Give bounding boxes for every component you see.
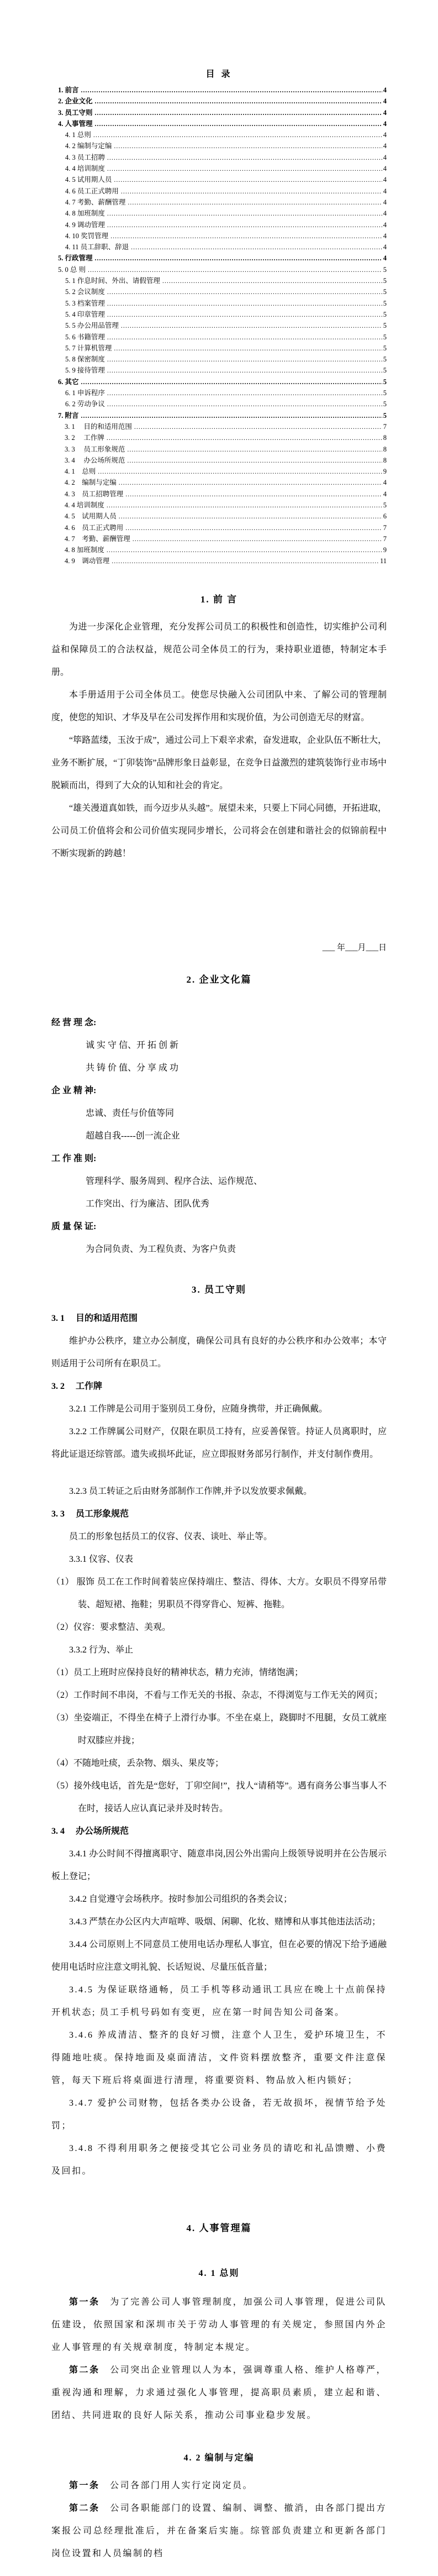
toc-entry-label: 5. 9 接待管理 bbox=[65, 365, 105, 376]
toc-entry-label: 6. 其它 bbox=[58, 376, 79, 387]
toc-dot-leader: ........................................… bbox=[110, 230, 382, 242]
toc-dot-leader: ........................................… bbox=[107, 544, 382, 555]
toc-entry-label: 3. 4 办公场所规范 bbox=[65, 455, 125, 466]
toc-entry-label: 5. 4 印章管理 bbox=[65, 309, 105, 320]
toc-entry-label: 6. 1 申诉程序 bbox=[65, 387, 105, 398]
toc-entry-label: 4. 5 试用期人员 bbox=[65, 511, 117, 522]
toc-list: 1. 前言...................................… bbox=[51, 85, 387, 567]
toc-dot-leader: ........................................… bbox=[95, 107, 382, 118]
toc-entry: 5. 行政管理.................................… bbox=[51, 253, 387, 264]
code-list-item: （5）接外线电话，首先是“您好，丁卯空间!”，找人“请稍等”。遇有商务公事当事人… bbox=[51, 1775, 387, 1820]
toc-entry: 5. 3 档案管理...............................… bbox=[51, 298, 387, 309]
toc-page-number: 5 bbox=[383, 376, 387, 387]
hr-article: 第一条 公司各部门用人实行定岗定员。 bbox=[51, 2474, 387, 2497]
toc-dot-leader: ........................................… bbox=[81, 376, 382, 387]
toc-entry-label: 5. 3 档案管理 bbox=[65, 298, 105, 309]
toc-entry-label: 5. 1 作息时间、外出、请假管理 bbox=[65, 275, 160, 286]
toc-entry-label: 4. 9 调动管理 bbox=[65, 219, 105, 230]
hr-subsections: 4. 1 总则第一条 为了完善公司人事管理制度，加强公司人事管理，促进公司队伍建… bbox=[51, 2268, 387, 2565]
culture-label: 企 业 精 神: bbox=[51, 1079, 387, 1102]
code-list-item: （2）仪容：要求整洁、美观。 bbox=[51, 1616, 387, 1639]
toc-page-number: 5 bbox=[383, 387, 387, 398]
hr-article-label: 第一条 bbox=[69, 2297, 100, 2307]
culture-label: 经 营 理 念: bbox=[51, 1011, 387, 1034]
preface-heading: 1. 前 言 bbox=[51, 594, 387, 606]
culture-line: 共 铸 价 值、分 享 成 功 bbox=[51, 1057, 387, 1079]
toc-dot-leader: ........................................… bbox=[95, 96, 382, 107]
toc-page-number: 4 bbox=[383, 230, 387, 242]
code-paragraph: 3.4.8 不得利用职务之便接受其它公司业务员的请吃和礼品馈赠、小费及回扣。 bbox=[51, 2137, 387, 2182]
toc-entry-label: 5. 5 办公用品管理 bbox=[65, 320, 119, 331]
toc-entry-label: 3. 3 员工形象规范 bbox=[65, 444, 125, 455]
toc-entry: 4. 4 培训制度...............................… bbox=[51, 500, 387, 511]
employee-code-heading: 3. 员工守则 bbox=[51, 1284, 387, 1296]
toc-entry: 5. 5 办公用品管理.............................… bbox=[51, 320, 387, 331]
toc-entry: 6. 1 申诉程序...............................… bbox=[51, 387, 387, 398]
toc-entry-label: 4. 2 编制与定编 bbox=[65, 477, 117, 488]
toc-dot-leader: ........................................… bbox=[107, 208, 382, 219]
code-list-item: （2）工作时间不串岗，不看与工作无关的书报、杂志，不得浏览与工作无关的网页； bbox=[51, 1684, 387, 1707]
toc-dot-leader: ........................................… bbox=[107, 332, 382, 343]
toc-entry-label: 2. 企业文化 bbox=[58, 96, 93, 107]
toc-page-number: 5 bbox=[383, 410, 387, 421]
toc-entry-label: 4. 5 试用期人员 bbox=[65, 174, 112, 185]
code-subheading: 3. 1 目的和适用范围 bbox=[51, 1307, 387, 1330]
toc-entry-label: 4. 人事管理 bbox=[58, 118, 93, 129]
toc-dot-leader: ........................................… bbox=[131, 242, 382, 253]
preface-section: 1. 前 言 为进一步深化企业管理，充分发挥公司员工的积极性和创造性，切实维护公… bbox=[51, 594, 387, 959]
toc-entry: 4. 1 总则.................................… bbox=[51, 466, 387, 477]
toc-page-number: 4 bbox=[383, 140, 387, 151]
culture-line: 为合同负责、为工程负责、为客户负责 bbox=[51, 1238, 387, 1261]
toc-entry-label: 4. 3 员工招聘 bbox=[65, 152, 105, 163]
code-paragraph: 3.2.3 员工转证之后由财务部制作工作牌,并予以发放要求佩戴。 bbox=[51, 1480, 387, 1503]
hr-article-label: 第一条 bbox=[69, 2481, 100, 2490]
toc-entry: 4. 3 员工招聘管理.............................… bbox=[51, 489, 387, 500]
code-paragraph: 3.4.4 公司原则上不同意员工使用电话办理私人事宜，但在必要的情况下给予通融使… bbox=[51, 1933, 387, 1979]
toc-dot-leader: ........................................… bbox=[107, 354, 382, 365]
toc-entry: 4. 9 调动管理...............................… bbox=[51, 555, 387, 566]
toc-page-number: 5 bbox=[383, 500, 387, 511]
toc-page-number: 9 bbox=[383, 466, 387, 477]
toc-page-number: 8 bbox=[383, 455, 387, 466]
toc-page-number: 4 bbox=[383, 152, 387, 163]
toc-dot-leader: ........................................… bbox=[114, 174, 382, 185]
hr-article-label: 第二条 bbox=[69, 2365, 100, 2375]
toc-entry: 5. 2 会议制度...............................… bbox=[51, 286, 387, 297]
toc-dot-leader: ........................................… bbox=[107, 432, 382, 443]
employee-code-items: 3. 1 目的和适用范围维护办公秩序，建立办公制度，确保公司具有良好的办公秩序和… bbox=[51, 1307, 387, 2182]
toc-entry-label: 4. 4 培训制度 bbox=[65, 163, 105, 174]
toc-dot-leader: ........................................… bbox=[127, 455, 382, 466]
toc-entry-label: 4. 7 考勤、薪酬管理 bbox=[65, 533, 130, 544]
toc-entry: 6. 其它...................................… bbox=[51, 376, 387, 387]
code-paragraph: 3.3.2 行为、举止 bbox=[51, 1639, 387, 1661]
document-page: 目 录 1. 前言...............................… bbox=[0, 0, 438, 2576]
toc-page-number: 5 bbox=[383, 286, 387, 297]
toc-dot-leader: ........................................… bbox=[114, 140, 382, 151]
toc-entry: 3. 4 办公场所规范.............................… bbox=[51, 455, 387, 466]
toc-title: 目 录 bbox=[51, 69, 387, 80]
toc-page-number: 5 bbox=[383, 398, 387, 410]
toc-dot-leader: ........................................… bbox=[121, 186, 382, 197]
toc-page-number: 4 bbox=[383, 477, 387, 488]
code-paragraph: 3.4.1 办公时间不得擅离职守、随意串岗,因公外出需向上级领导说明并在公告展示… bbox=[51, 1843, 387, 1888]
hr-article-label: 第二条 bbox=[69, 2504, 100, 2513]
toc-entry: 3. 员工守则.................................… bbox=[51, 107, 387, 118]
code-subheading: 3. 4 办公场所规范 bbox=[51, 1820, 387, 1843]
toc-entry-label: 4. 9 调动管理 bbox=[65, 555, 109, 566]
toc-page-number: 4 bbox=[383, 197, 387, 208]
code-list-item: （4）不随地吐痰，丢杂物、烟头、果皮等； bbox=[51, 1752, 387, 1775]
toc-entry-label: 5. 8 保密制度 bbox=[65, 354, 105, 365]
code-list-item: （1）员工上班时应保持良好的精神状态，精力充沛，情绪饱满； bbox=[51, 1661, 387, 1684]
toc-entry-label: 5. 0 总 则 bbox=[58, 264, 86, 275]
toc-entry-label: 4. 6 员工正式聘用 bbox=[65, 522, 123, 533]
code-subheading: 3. 2 工作牌 bbox=[51, 1375, 387, 1398]
culture-blocks: 经 营 理 念:诚 实 守 信、开 拓 创 新共 铸 价 值、分 享 成 功企 … bbox=[51, 1011, 387, 1261]
toc-page-number: 5 bbox=[383, 320, 387, 331]
preface-paragraphs: 为进一步深化企业管理，充分发挥公司员工的积极性和创造性，切实维护公司利益和保障员… bbox=[51, 616, 387, 865]
toc-page-number: 4 bbox=[383, 253, 387, 264]
toc-entry: 3. 2 工作牌................................… bbox=[51, 432, 387, 443]
toc-page-number: 5 bbox=[383, 298, 387, 309]
toc-entry: 4. 2 编制与定编..............................… bbox=[51, 140, 387, 151]
culture-label: 质 量 保 证: bbox=[51, 1215, 387, 1238]
toc-page-number: 4 bbox=[383, 208, 387, 219]
toc-page-number: 4 bbox=[383, 489, 387, 500]
toc-entry: 4. 9 调动管理...............................… bbox=[51, 219, 387, 230]
toc-dot-leader: ........................................… bbox=[107, 286, 382, 297]
toc-dot-leader: ........................................… bbox=[107, 152, 382, 163]
toc-entry: 4. 7 考勤、薪酬管理............................… bbox=[51, 533, 387, 544]
toc-entry: 5. 4 印章管理...............................… bbox=[51, 309, 387, 320]
toc-page-number: 5 bbox=[383, 343, 387, 354]
toc-entry-label: 1. 前言 bbox=[58, 85, 79, 96]
toc-page-number: 4 bbox=[383, 107, 387, 118]
toc-page-number: 5 bbox=[383, 354, 387, 365]
toc-entry: 4. 7 考勤、薪酬管理............................… bbox=[51, 197, 387, 208]
toc-dot-leader: ........................................… bbox=[98, 466, 382, 477]
culture-section: 2. 企业文化篇 经 营 理 念:诚 实 守 信、开 拓 创 新共 铸 价 值、… bbox=[51, 974, 387, 1261]
code-subheading: 3. 3 员工形象规范 bbox=[51, 1503, 387, 1525]
toc-entry-label: 5. 行政管理 bbox=[58, 253, 93, 264]
toc-dot-leader: ........................................… bbox=[88, 264, 382, 275]
toc-page-number: 5 bbox=[383, 309, 387, 320]
toc-entry: 5. 0 总 则................................… bbox=[51, 264, 387, 275]
toc-entry: 5. 7 计算机管理..............................… bbox=[51, 343, 387, 354]
toc-entry: 4. 人事管理.................................… bbox=[51, 118, 387, 129]
culture-label: 工 作 准 则: bbox=[51, 1147, 387, 1170]
toc-dot-leader: ........................................… bbox=[112, 555, 379, 566]
toc-dot-leader: ........................................… bbox=[107, 365, 382, 376]
toc-entry: 2. 企业文化.................................… bbox=[51, 96, 387, 107]
toc-entry-label: 6. 2 劳动争议 bbox=[65, 398, 105, 410]
culture-line: 忠诚、责任与价值等同 bbox=[51, 1102, 387, 1125]
toc-entry-label: 5. 6 书籍管理 bbox=[65, 332, 105, 343]
toc-dot-leader: ........................................… bbox=[125, 522, 382, 533]
toc-entry: 5. 6 书籍管理...............................… bbox=[51, 332, 387, 343]
preface-paragraph: 本手册适用于公司全体员工。使您尽快融入公司团队中来、了解公司的管理制度，使您的知… bbox=[51, 684, 387, 729]
employee-code-section: 3. 员工守则 3. 1 目的和适用范围维护办公秩序，建立办公制度，确保公司具有… bbox=[51, 1284, 387, 2182]
toc-page-number: 4 bbox=[383, 174, 387, 185]
date-line: ___ 年___月___日 bbox=[51, 937, 387, 959]
toc-page-number: 8 bbox=[383, 444, 387, 455]
toc-section: 目 录 1. 前言...............................… bbox=[51, 69, 387, 567]
toc-page-number: 4 bbox=[383, 219, 387, 230]
toc-entry-label: 4. 8 加班制度 bbox=[65, 208, 105, 219]
toc-entry: 4. 8 加班制度...............................… bbox=[51, 544, 387, 555]
toc-dot-leader: ........................................… bbox=[93, 129, 382, 140]
code-paragraph: 3.4.6 养成清洁、整齐的良好习惯，注意个人卫生，爱护环境卫生，不得随地吐痰。… bbox=[51, 2024, 387, 2092]
toc-dot-leader: ........................................… bbox=[107, 163, 382, 174]
toc-page-number: 7 bbox=[383, 421, 387, 432]
toc-entry-label: 4. 3 员工招聘管理 bbox=[65, 489, 123, 500]
hr-subheading: 4. 1 总则 bbox=[51, 2268, 387, 2280]
toc-dot-leader: ........................................… bbox=[128, 197, 382, 208]
toc-page-number: 8 bbox=[383, 432, 387, 443]
toc-entry: 4. 4 培训制度...............................… bbox=[51, 163, 387, 174]
toc-entry-label: 5. 7 计算机管理 bbox=[65, 343, 112, 354]
preface-paragraph: “雄关漫道真如铁，而今迈步从头越”。展望未来，只要上下同心同德，开拓进取，公司员… bbox=[51, 797, 387, 865]
toc-entry: 1. 前言...................................… bbox=[51, 85, 387, 96]
toc-dot-leader: ........................................… bbox=[107, 309, 382, 320]
toc-entry: 3. 3 员工形象规范.............................… bbox=[51, 444, 387, 455]
code-paragraph: 员工的形象包括员工的仪容、仪表、谈吐、举止等。 bbox=[51, 1525, 387, 1548]
toc-dot-leader: ........................................… bbox=[162, 275, 382, 286]
toc-page-number: 7 bbox=[383, 533, 387, 544]
culture-heading: 2. 企业文化篇 bbox=[51, 974, 387, 986]
toc-entry: 4. 2 编制与定编..............................… bbox=[51, 477, 387, 488]
toc-dot-leader: ........................................… bbox=[119, 477, 382, 488]
toc-entry-label: 4. 4 培训制度 bbox=[65, 500, 104, 511]
toc-dot-leader: ........................................… bbox=[107, 298, 382, 309]
toc-entry-label: 4. 7 考勤、薪酬管理 bbox=[65, 197, 125, 208]
culture-line: 工作突出、行为廉洁、团队优秀 bbox=[51, 1193, 387, 1215]
toc-page-number: 5 bbox=[383, 332, 387, 343]
toc-dot-leader: ........................................… bbox=[81, 410, 382, 421]
code-paragraph: 3.3.1 仪容、仪表 bbox=[51, 1548, 387, 1571]
toc-entry: 5. 9 接待管理...............................… bbox=[51, 365, 387, 376]
toc-entry: 4. 3 员工招聘...............................… bbox=[51, 152, 387, 163]
code-paragraph: 3.2.2 工作牌属公司财产，仅限在职员工持有，应妥善保管。持证人员离职时，应将… bbox=[51, 1420, 387, 1466]
toc-entry-label: 4. 2 编制与定编 bbox=[65, 140, 112, 151]
toc-entry: 4. 1 总则.................................… bbox=[51, 129, 387, 140]
hr-section: 4. 人事管理篇 4. 1 总则第一条 为了完善公司人事管理制度，加强公司人事管… bbox=[51, 2222, 387, 2565]
toc-dot-leader: ........................................… bbox=[95, 253, 382, 264]
toc-entry-label: 4. 11 员工辞职、辞退 bbox=[65, 242, 129, 253]
toc-entry-label: 7. 附言 bbox=[58, 410, 79, 421]
code-list-item: （1） 服饰 员工在工作时间着装应保持端庄、整洁、得体、大方。女职员不得穿吊带装… bbox=[51, 1571, 387, 1616]
toc-page-number: 11 bbox=[380, 555, 387, 566]
toc-entry-label: 4. 6 员工正式聘用 bbox=[65, 186, 119, 197]
toc-entry: 4. 5 试用期人员..............................… bbox=[51, 174, 387, 185]
toc-dot-leader: ........................................… bbox=[119, 511, 382, 522]
toc-entry: 5. 1 作息时间、外出、请假管理.......................… bbox=[51, 275, 387, 286]
toc-entry-label: 4. 1 总则 bbox=[65, 129, 91, 140]
preface-paragraph: 为进一步深化企业管理，充分发挥公司员工的积极性和创造性，切实维护公司利益和保障员… bbox=[51, 616, 387, 684]
code-paragraph: 3.4.3 严禁在办公区内大声喧哗、吸烟、闲聊、化妆、赌博和从事其他违法活动； bbox=[51, 1911, 387, 1933]
hr-article: 第一条 为了完善公司人事管理制度，加强公司人事管理，促进公司队伍建设，依照国家和… bbox=[51, 2291, 387, 2359]
toc-dot-leader: ........................................… bbox=[125, 489, 382, 500]
code-list-item: （3）坐姿端正，不得坐在椅子上滑行办事。不坐在桌上，跷脚时不甩腿，女员工就座时双… bbox=[51, 1707, 387, 1752]
toc-page-number: 5 bbox=[383, 365, 387, 376]
toc-entry: 3. 1 目的和适用范围............................… bbox=[51, 421, 387, 432]
code-paragraph: 3.2.1 工作牌是公司用于鉴别员工身份，应随身携带，并正确佩戴。 bbox=[51, 1398, 387, 1420]
toc-dot-leader: ........................................… bbox=[121, 320, 382, 331]
culture-line: 诚 实 守 信、开 拓 创 新 bbox=[51, 1034, 387, 1057]
toc-page-number: 4 bbox=[383, 129, 387, 140]
toc-entry-label: 4. 1 总则 bbox=[65, 466, 96, 477]
hr-article: 第二条 公司突出企业管理以人为本，强调尊重人格、维护人格尊严，重视沟通和理解，力… bbox=[51, 2359, 387, 2427]
toc-dot-leader: ........................................… bbox=[134, 421, 382, 432]
toc-dot-leader: ........................................… bbox=[114, 343, 382, 354]
toc-page-number: 4 bbox=[383, 85, 387, 96]
toc-entry-label: 4. 8 加班制度 bbox=[65, 544, 104, 555]
toc-page-number: 5 bbox=[383, 264, 387, 275]
toc-page-number: 4 bbox=[383, 242, 387, 253]
toc-page-number: 4 bbox=[383, 186, 387, 197]
toc-entry: 5. 8 保密制度...............................… bbox=[51, 354, 387, 365]
toc-dot-leader: ........................................… bbox=[133, 533, 382, 544]
toc-page-number: 7 bbox=[383, 522, 387, 533]
toc-page-number: 6 bbox=[383, 511, 387, 522]
toc-entry: 4. 11 员工辞职、辞退...........................… bbox=[51, 242, 387, 253]
toc-entry: 4. 8 加班制度...............................… bbox=[51, 208, 387, 219]
toc-entry: 7. 附言...................................… bbox=[51, 410, 387, 421]
toc-page-number: 5 bbox=[383, 275, 387, 286]
toc-page-number: 9 bbox=[383, 544, 387, 555]
toc-dot-leader: ........................................… bbox=[81, 85, 382, 96]
toc-page-number: 4 bbox=[383, 163, 387, 174]
code-paragraph: 维护办公秩序，建立办公制度，确保公司具有良好的办公秩序和办公效率；本守则适用于公… bbox=[51, 1330, 387, 1375]
toc-entry-label: 4. 10 奖罚管理 bbox=[65, 230, 108, 242]
toc-entry-label: 3. 1 目的和适用范围 bbox=[65, 421, 132, 432]
toc-entry-label: 3. 2 工作牌 bbox=[65, 432, 104, 443]
hr-subheading: 4. 2 编制与定编 bbox=[51, 2452, 387, 2464]
toc-dot-leader: ........................................… bbox=[107, 398, 382, 410]
code-paragraph: 3.4.7 爱护公司财物，包括各类办公设备，若无故损坏，视情节给予处罚； bbox=[51, 2092, 387, 2137]
toc-dot-leader: ........................................… bbox=[107, 500, 382, 511]
toc-entry-label: 5. 2 会议制度 bbox=[65, 286, 105, 297]
toc-page-number: 4 bbox=[383, 118, 387, 129]
hr-heading: 4. 人事管理篇 bbox=[51, 2222, 387, 2234]
toc-entry: 4. 6 员工正式聘用.............................… bbox=[51, 522, 387, 533]
toc-page-number: 4 bbox=[383, 96, 387, 107]
toc-entry: 4. 6 员工正式聘用.............................… bbox=[51, 186, 387, 197]
hr-article: 第二条 公司各职能部门的设置、编制、调整、撤消，由各部门提出方案报公司总经理批准… bbox=[51, 2497, 387, 2565]
toc-entry-label: 3. 员工守则 bbox=[58, 107, 93, 118]
toc-dot-leader: ........................................… bbox=[107, 387, 382, 398]
toc-dot-leader: ........................................… bbox=[95, 118, 382, 129]
preface-paragraph: “筚路蓝缕，玉汝于成”，通过公司上下艰辛求索，奋发进取，企业队伍不断壮大，业务不… bbox=[51, 729, 387, 797]
toc-entry: 6. 2 劳动争议...............................… bbox=[51, 398, 387, 410]
toc-dot-leader: ........................................… bbox=[107, 219, 382, 230]
code-paragraph: 3.4.5 为保证联络通畅，员工手机等移动通讯工具应在晚上十点前保持开机状态; … bbox=[51, 1979, 387, 2024]
culture-line: 管理科学、服务周到、程序合法、运作规范、 bbox=[51, 1170, 387, 1193]
toc-dot-leader: ........................................… bbox=[127, 444, 382, 455]
toc-entry: 4. 5 试用期人员..............................… bbox=[51, 511, 387, 522]
culture-line: 超越自我-----创一流企业 bbox=[51, 1125, 387, 1147]
toc-entry: 4. 10 奖罚管理..............................… bbox=[51, 230, 387, 242]
code-paragraph: 3.4.2 自觉遵守会场秩序。按时参加公司组织的各类会议； bbox=[51, 1888, 387, 1911]
